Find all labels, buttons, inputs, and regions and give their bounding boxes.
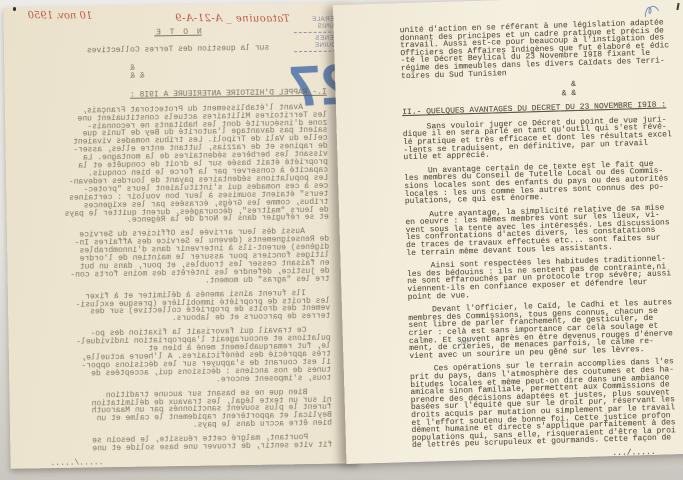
archive-reference-handwriting: Tataouine _ A-21-A-9 (175, 13, 290, 25)
handwritten-correction: ail (461, 337, 469, 345)
date-handwriting: 10 nov. 1950 (28, 10, 93, 21)
document-title: N O T E (154, 29, 202, 38)
paragraph: Un avantage certain de ce texte est le f… (404, 159, 683, 206)
right-page: unité d'action en se référant à une légi… (333, 0, 683, 464)
ampersand-separator: & & & (561, 77, 683, 98)
mirrored-bleedthrough-layer: Tataouine _ A-21-A-9 10 nov. 1950 RESIDE… (3, 2, 358, 468)
section-heading-2: II.- QUELQUES AVANTAGES DU DECRET DU 23 … (402, 100, 683, 116)
left-page: Tataouine _ A-21-A-9 10 nov. 1950 RESIDE… (3, 2, 358, 468)
paragraph: Aussi dès leur arrivée les Officiers du … (33, 228, 330, 288)
left-page-text: N O T E sur la question des Terres Colle… (30, 27, 333, 468)
paragraph: Devant l'Officier, le Caïd, le Cadhi et … (408, 298, 683, 360)
document-subtitle: sur la question des Terres Collectives (30, 44, 326, 57)
corner-ink-dot (13, 7, 16, 11)
paragraph: Ainsi sont respectées les habitudes trad… (407, 254, 683, 301)
paragraph: Avant l'établissement du Protectorat Fra… (31, 103, 329, 226)
paragraph: Pourtant, malgré cette réussite, le beso… (36, 434, 332, 454)
paragraph: Ces opérations sur le terrain accomplies… (410, 358, 683, 450)
ampersand-separator: & & & (30, 64, 144, 83)
paragraph: Sans vouloir juger ce Décret du point de… (403, 115, 683, 162)
paragraph: Bien que ne se basant sur aucune traditi… (35, 388, 332, 432)
paragraph: Ce travail qui favorisait la fixation de… (34, 327, 331, 387)
continuation-mark: ...../..... (51, 456, 333, 468)
paragraph: Autre avantage, la simplicité relative d… (405, 203, 683, 257)
continuation-mark: .../..... (612, 447, 683, 458)
right-page-text: unité d'action en se référant à une légi… (400, 18, 683, 463)
paragraph: unité d'action en se référant à une légi… (400, 18, 683, 80)
section-heading-1: I.- RAPPEL D'HISTOIRE ANTERIEURE A I9I8 … (31, 89, 327, 102)
paragraph: Ils furent ainsi amenés à délimiter et à… (34, 289, 330, 325)
